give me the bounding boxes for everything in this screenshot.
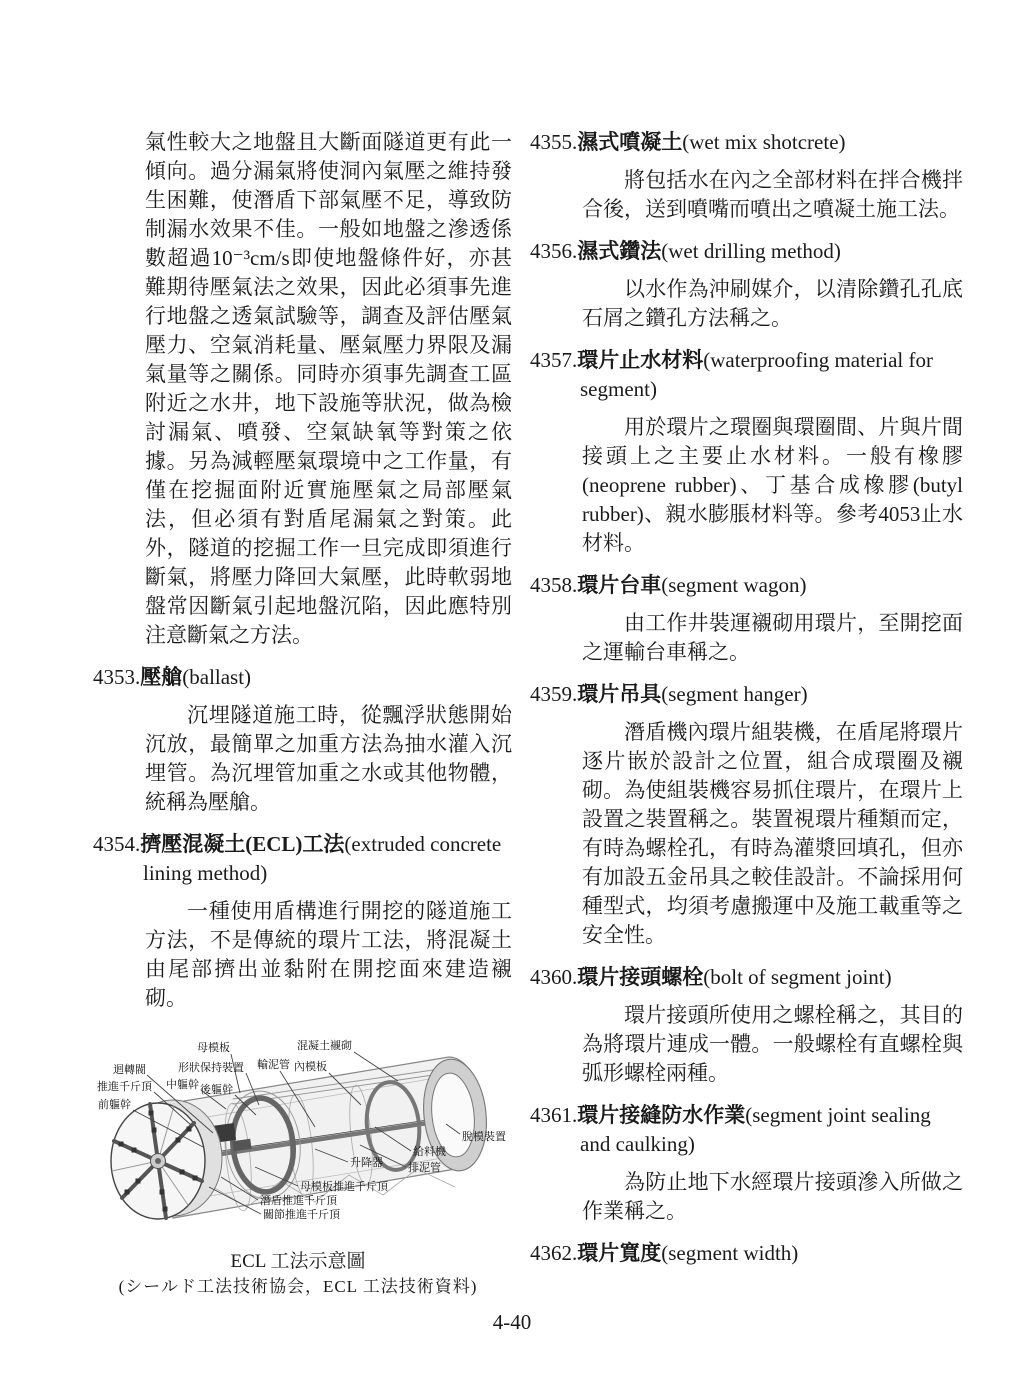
entry-body: 將包括水在內之全部材料在拌合機拌合後，送到噴嘴而噴出之噴凝土施工法。 [582,166,963,224]
figure-title: ECL 工法示意圖 [83,1249,513,1275]
entry-heading: 4360.環片接頭螺栓(bolt of segment joint) [530,963,963,992]
diagram-label: 後軀幹 [200,1082,233,1096]
document-page: 氣性較大之地盤且大斷面隧道更有此一傾向。過分漏氣將使洞內氣壓之維持發生困難，使潛… [0,0,1024,1400]
entry-term: 環片吊具 [577,682,661,706]
entry-number: 4362. [530,1241,577,1265]
ecl-figure: 母模板 形狀保持裝置 迴轉閥 推進千斤頂 前軀幹 中軀幹 後軀幹 輸泥管 混凝土… [63,1027,513,1299]
entry-4356: 4356.濕式鑽法(wet drilling method) 以水作為沖刷媒介，… [530,237,963,333]
figure-source: (シールド工法技術協会，ECL 工法技術資料) [83,1275,513,1299]
entry-4358: 4358.環片台車(segment wagon) 由工作井裝運襯砌用環片，至開挖… [530,571,963,667]
entry-term: 環片寬度 [577,1241,661,1265]
entry-term-english: (bolt of segment joint) [703,965,891,989]
entry-body: 潛盾機內環片組裝機，在盾尾將環片逐片嵌於設計之位置，組合成環圈及襯砌。為使組裝機… [582,718,963,950]
intro-paragraph: 氣性較大之地盤且大斷面隧道更有此一傾向。過分漏氣將使洞內氣壓之維持發生困難，使潛… [145,128,512,650]
entry-number: 4360. [530,965,577,989]
diagram-label: 潛盾推進千斤頂 [260,1193,337,1207]
entry-body: 環片接頭所使用之螺栓稱之，其目的為將環片連成一體。一般螺栓有直螺栓與弧形螺栓兩種… [582,1001,963,1088]
diagram-label: 形狀保持裝置 [178,1060,244,1074]
entry-body: 一種使用盾構進行開挖的隧道施工方法，不是傳統的環片工法，將混凝土由尾部擠出並黏附… [145,897,512,1013]
diagram-label: 母模板 [197,1040,230,1054]
entry-number: 4354. [93,832,140,856]
entry-term-english: (ballast) [182,665,251,689]
page-number: 4-40 [0,1310,1024,1335]
diagram-label: 關節推進千斤頂 [263,1207,340,1221]
diagram-label: 輸泥管 [257,1057,290,1071]
figure-caption: ECL 工法示意圖 (シールド工法技術協会，ECL 工法技術資料) [83,1249,513,1299]
entry-number: 4358. [530,573,577,597]
diagram-label: 排泥管 [408,1160,441,1174]
entry-4354: 4354.擠壓混凝土(ECL)工法(extruded concrete lini… [93,830,512,1013]
entry-term-english: (wet drilling method) [661,239,841,263]
entry-heading: 4355.濕式噴凝土(wet mix shotcrete) [530,128,963,157]
entry-term: 環片止水材料 [577,348,703,372]
diagram-label: 混凝土襯砌 [297,1038,352,1052]
entry-body: 由工作井裝運襯砌用環片，至開挖面之運輸台車稱之。 [582,609,963,667]
entry-heading: 4361.環片接縫防水作業(segment joint sealing and … [530,1101,963,1159]
entry-number: 4357. [530,348,577,372]
entry-term-english: (wet mix shotcrete) [682,130,845,154]
diagram-label: 母模板推進千斤頂 [300,1179,388,1193]
diagram-label: 脫模裝置 [462,1129,506,1143]
entry-body: 為防止地下水經環片接頭滲入所做之作業稱之。 [582,1168,963,1226]
entry-term: 環片接縫防水作業 [577,1103,745,1127]
diagram-label: 前軀幹 [98,1097,131,1111]
entry-heading: 4354.擠壓混凝土(ECL)工法(extruded concrete lini… [93,830,512,888]
right-column: 4355.濕式噴凝土(wet mix shotcrete) 將包括水在內之全部材… [530,128,963,1277]
entry-4353: 4353.壓艙(ballast) 沉埋隧道施工時，從飄浮狀態開始沉放，最簡單之加… [93,663,512,817]
entry-heading: 4359.環片吊具(segment hanger) [530,680,963,709]
entry-number: 4355. [530,130,577,154]
diagram-label: 中軀幹 [166,1077,199,1091]
entry-number: 4356. [530,239,577,263]
entry-heading: 4353.壓艙(ballast) [93,663,512,692]
entry-term: 濕式噴凝土 [577,130,682,154]
entry-heading: 4358.環片台車(segment wagon) [530,571,963,600]
entry-term: 環片台車 [577,573,661,597]
entry-term: 濕式鑽法 [577,239,661,263]
left-column: 氣性較大之地盤且大斷面隧道更有此一傾向。過分漏氣將使洞內氣壓之維持發生困難，使潛… [93,128,512,1299]
entry-heading: 4357.環片止水材料(waterproofing material for s… [530,346,963,404]
diagram-label: 升降器 [350,1155,383,1169]
entry-body: 以水作為沖刷媒介，以清除鑽孔孔底石屑之鑽孔方法稱之。 [582,275,963,333]
entry-number: 4359. [530,682,577,706]
entry-4360: 4360.環片接頭螺栓(bolt of segment joint) 環片接頭所… [530,963,963,1088]
diagram-label: 推進千斤頂 [97,1079,152,1093]
entry-4361: 4361.環片接縫防水作業(segment joint sealing and … [530,1101,963,1226]
entry-4355: 4355.濕式噴凝土(wet mix shotcrete) 將包括水在內之全部材… [530,128,963,224]
entry-term: 環片接頭螺栓 [577,965,703,989]
entry-number: 4361. [530,1103,577,1127]
entry-4357: 4357.環片止水材料(waterproofing material for s… [530,346,963,558]
diagram-label: 給料機 [413,1144,447,1158]
entry-heading: 4362.環片寬度(segment width) [530,1239,963,1268]
entry-term: 擠壓混凝土(ECL)工法 [140,832,344,856]
entry-number: 4353. [93,665,140,689]
ecl-diagram: 母模板 形狀保持裝置 迴轉閥 推進千斤頂 前軀幹 中軀幹 後軀幹 輸泥管 混凝土… [63,1027,513,1247]
entry-body: 用於環片之環圈與環圈間、片與片間接頭上之主要止水材料。一般有橡膠(neopren… [582,413,963,558]
diagram-label: 迴轉閥 [113,1062,146,1076]
entry-term: 壓艙 [140,665,182,689]
entry-term-english: (segment hanger) [661,682,807,706]
entry-heading: 4356.濕式鑽法(wet drilling method) [530,237,963,266]
entry-4359: 4359.環片吊具(segment hanger) 潛盾機內環片組裝機，在盾尾將… [530,680,963,950]
entry-term-english: (segment wagon) [661,573,806,597]
entry-4362: 4362.環片寬度(segment width) [530,1239,963,1268]
entry-term-english: (segment width) [661,1241,798,1265]
entry-body: 沉埋隧道施工時，從飄浮狀態開始沉放，最簡單之加重方法為抽水灌入沉埋管。為沉埋管加… [145,701,512,817]
diagram-label: 內模板 [294,1059,327,1073]
